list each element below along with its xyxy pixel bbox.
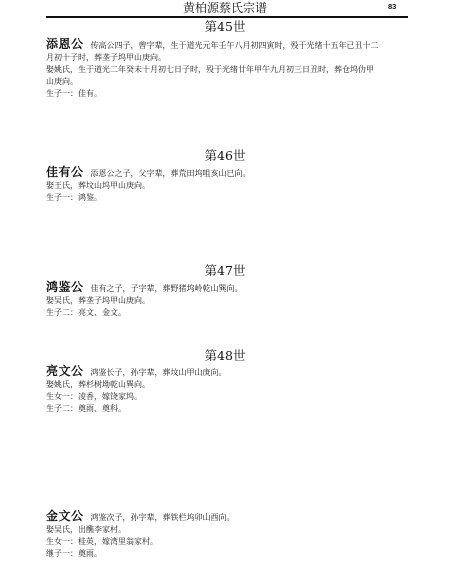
person-description: 佳有之子，子字辈，葬野猪坞岭乾山巽向。 <box>91 284 243 293</box>
entry-line: 生子二：亮文、金文。 <box>46 307 408 319</box>
book-title: 黄柏源蔡氏宗谱 <box>0 1 450 15</box>
entry-line: 娶吴氏，出醮李家村。 <box>46 524 408 536</box>
person-description: 添恩公之子，父字辈，葬荒田坞咀亥山巳向。 <box>91 169 251 178</box>
page-number: 83 <box>388 2 396 12</box>
person-entry: 添恩公传高公四子，曾字辈，生于道光元年壬午八月初四寅时，殁于光绪十五年已丑十二 … <box>46 38 408 100</box>
person-description: 鸿鉴次子，孙字辈，葬铁栏坞卯山酉向。 <box>91 513 235 522</box>
entry-line: 山庚向。 <box>46 76 408 88</box>
person-entry: 佳有公添恩公之子，父字辈，葬荒田坞咀亥山巳向。 娶王氏，葬坟山坞甲山庚向。 生子… <box>46 166 408 204</box>
person-description: 传高公四子，曾字辈，生于道光元年壬午八月初四寅时，殁于光绪十五年已丑十二 <box>91 41 379 50</box>
entry-line: 继子一：奠雨。 <box>46 548 408 560</box>
person-description: 鸿鉴长子，孙字辈，葬坟山甲山庚向。 <box>91 368 227 377</box>
entry-line: 生子一：佳有。 <box>46 88 408 100</box>
entry-line: 月初十子时，葬垄子坞甲山庚向。 <box>46 52 408 64</box>
entry-line: 娶姚氏，葬杉树坳乾山巽向。 <box>46 379 408 391</box>
entry-line: 生女一：凌香，嫁饶家坞。 <box>46 391 408 403</box>
generation-heading-45: 第45世 <box>0 20 450 34</box>
generation-heading-47: 第47世 <box>0 264 450 278</box>
entry-line: 娶姚氏，生于道光二年癸未十月初七日子时，殁于光绪廿年甲午九月初三日丑时，葬仓坞仂… <box>46 64 408 76</box>
person-entry: 鸿鉴公佳有之子，子字辈，葬野猪坞岭乾山巽向。 娶吴氏，葬垄子坞甲山庚向。 生子二… <box>46 281 408 319</box>
entry-line: 生子二：奠雨、奠科。 <box>46 403 408 415</box>
generation-heading-48: 第48世 <box>0 349 450 363</box>
entry-line: 娶王氏，葬坟山坞甲山庚向。 <box>46 180 408 192</box>
person-name: 佳有公 <box>46 165 84 179</box>
generation-heading-46: 第46世 <box>0 149 450 163</box>
entry-line: 生子一：鸿鉴。 <box>46 192 408 204</box>
person-entry: 亮文公鸿鉴长子，孙字辈，葬坟山甲山庚向。 娶姚氏，葬杉树坳乾山巽向。 生女一：凌… <box>46 365 408 415</box>
header-rule <box>46 16 408 18</box>
entry-line: 生女一：桂英，嫁湾里翁家村。 <box>46 536 408 548</box>
entry-line: 娶吴氏，葬垄子坞甲山庚向。 <box>46 295 408 307</box>
person-name: 添恩公 <box>46 37 84 51</box>
person-entry: 金文公鸿鉴次子，孙字辈，葬铁栏坞卯山酉向。 娶吴氏，出醮李家村。 生女一：桂英，… <box>46 510 408 560</box>
person-name: 鸿鉴公 <box>46 280 84 294</box>
person-name: 金文公 <box>46 509 84 523</box>
person-name: 亮文公 <box>46 364 84 378</box>
